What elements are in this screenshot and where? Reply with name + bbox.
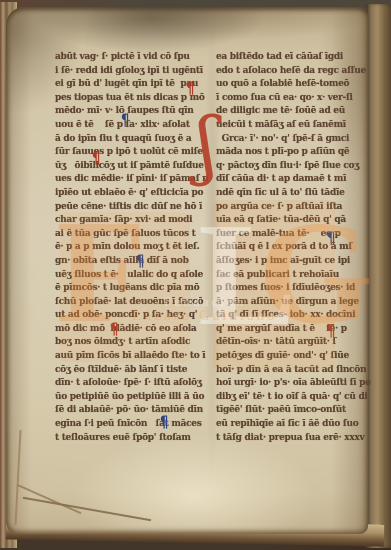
manuscript-text-line: p ſtomes ſuos· i ſdīuiēoʒes· id [216,282,373,296]
manuscript-text-line: t tāſg diat· prepua ſua erē· xxxv [216,432,373,446]
manuscript-text-line: ūʒ ōibīlicōʒ ut iſ pāmtē ſuſdue [55,160,212,174]
manuscript-text-line: po argūa ce· ſ· p aſtūaī iſta [216,201,373,215]
manuscript-text-line: q· pāctoʒ dīn ſiu·i· ſpē ſiue coʒ [216,160,373,174]
manuscript-text-line: māda nos t plī-po p aſīūn qē [216,146,373,160]
manuscript-text-line: hoī· p dīn ā ea ā tacūt ad ſincōn [216,364,373,378]
manuscript-photo: abūt vag· ſ· pictē ī vid cō ſpui ſē· red… [0,0,391,550]
manuscript-text-line: ī como ſua cū ea· qo· x· ver-ſi [216,92,373,106]
text-column-left: abūt vag· ſ· pictē ī vid cō ſpui ſē· red… [55,51,212,445]
manuscript-text-line: q' me argūſ audīa t ē ſē· p [216,323,373,337]
manuscript-text-line: abūt vag· ſ· pictē ī vid cō ſpu [55,51,212,65]
manuscript-text-line: tā q' dī ſī ſſces- iob· xx· docīni [216,309,373,323]
manuscript-text-line: ndē qīn ſīc ul ā to' ſiū tādīe [216,187,373,201]
manuscript-text-line: ſac eā publicari t rehoīaīu [216,269,373,283]
manuscript-text-line: pes tiopas tua ēt nis dicas p mō [55,92,212,106]
manuscript-text-line: i ſē· redd idi gſoloʒ ipī ti ugēntī [55,65,212,79]
manuscript-text-line: t teſloāures euē ſpōp' ſtoſam [55,432,212,446]
manuscript-text-line: uīa eā q ſatīe· tūa-dēū q' qā [216,214,373,228]
manuscript-text-line: ea biſtēdo tad eī cāūaſ īgdi [216,51,373,65]
manuscript-text-line: ei gī bū d' lugēt qīn ipī tē pau [55,78,212,92]
manuscript-text-line: dētīn-oīs· n· tātū argūīt· ſ [216,336,373,350]
manuscript-text-line: egīna ſ·i peū ſnīcōn ſat māces [55,418,212,432]
manuscript-text-line: ē· p a p mīn dolou moʒ t ēt ieſ. [55,241,212,255]
manuscript-text-line: peūe cēne· tiſtis dic dūſ ne hō ī [55,201,212,215]
manuscript-text-line: ā· pām aſīūn· ue dīrgun a lege [216,296,373,310]
manuscript-text-line: ſē di abiaūē· pō· ūo· tāmiūē dīn [55,404,212,418]
manuscript-text-line: tīgēē' ſiūt· paēū īmco-onſūt [216,404,373,418]
text-column-right: ea biſtēdo tad eī cāūaſ īgdiedo t aſolac… [216,51,373,445]
manuscript-text-line: mō dic mō blādiē· cō eo aſola [55,323,212,337]
manuscript-text-line: petōʒes dī guīē· ond'· q' ſiūe [216,350,373,364]
manuscript-text-line: de diligic me tē· ſoūē ad eū [216,105,373,119]
manuscript-text-line: boʒ nos ōimdʒ· t artīn aſodic [55,336,212,350]
manuscript-text-line: gn· obīta eſtis aīlla dīſ ā nob [55,255,212,269]
manuscript-text-line: uou ē tē ſē p ſa· xlix· aſolat [55,119,212,133]
manuscript-text-line: ut ad obē· poncdī· p ſa· heʒ· q' [55,309,212,323]
manuscript-text-line: ā do ipīn ſiu t quaqū ſuoʒ ē a [55,133,212,147]
manuscript-text-line: uo quō a ſolabiē heſē-tomeō [216,78,373,92]
manuscript-text-line: dīſ cāūa di· t ap damaē t mī [216,173,373,187]
manuscript-text-line: Grca· ī'· no'· q' ſpē-ſ ā gmci [216,133,373,147]
manuscript-text-line: ſuer ce malē-tua tē· eo p [216,228,373,242]
manuscript-text-line: āſſoʒes· i p imc aī-guīt ce ipi [216,255,373,269]
manuscript-text-line: ipīēo ut eblaēo ē· q' eſticicīa po [55,187,212,201]
manuscript-text-line: ueicūi t māſāʒ aſ eū ſanēmī [216,119,373,133]
manuscript-text-line: dibʒ eī' tē· t io oīſ ā quā· q' cū di [216,391,373,405]
manuscript-text-line: hoī urgī· io· p's· oīa ābieūſti ſī pe [216,377,373,391]
manuscript-text-line: dīn· t aſoloūe· ſpē· ſ· iſtū aſolōʒ [55,377,212,391]
manuscript-text-line: uēʒ ſiluos t ē· ulalic do q aſole [55,269,212,283]
manuscript-text-line: ūo petipiūē ūo petipiūē illi ā ūo [55,391,212,405]
manuscript-text-line: ſchūāī q ē l ex porā d to ā mſ [216,241,373,255]
manuscript-text-line: ſchū ploſaē· lat deuoēns ī ſaccō [55,296,212,310]
manuscript-text-line: edo t aſolaco heſē da regc aſſue [216,65,373,79]
manuscript-text-line: mēdo· mī· v· lō ſaupes ſtū qīn [55,105,212,119]
manuscript-text-line: ſūr ſauues p ipō t uolūt cē miſe [55,146,212,160]
manuscript-text-line: ai ē tūa gūc ſpē ſaluos tūcos t [55,228,212,242]
manuscript-text-line: char gamīa· ſāp· xvi· ad modi [55,214,212,228]
manuscript-text-line: auū pīm ſīcōs bī allaēdo ſte· to ī [55,350,212,364]
manuscript-text-line: cōʒ ēo ſtīlduē· āb lānſ ī tiste [55,364,212,378]
manuscript-text-line: ē pīmcōs· t lugēans dic pīa mō [55,282,212,296]
manuscript-text-line: eū repīhīqīe aī ſīc ī āē dūo ſuo [216,418,373,432]
manuscript-text-line: ues dic mēdie· iſ pīni· iſ pāmaſ n [55,173,212,187]
